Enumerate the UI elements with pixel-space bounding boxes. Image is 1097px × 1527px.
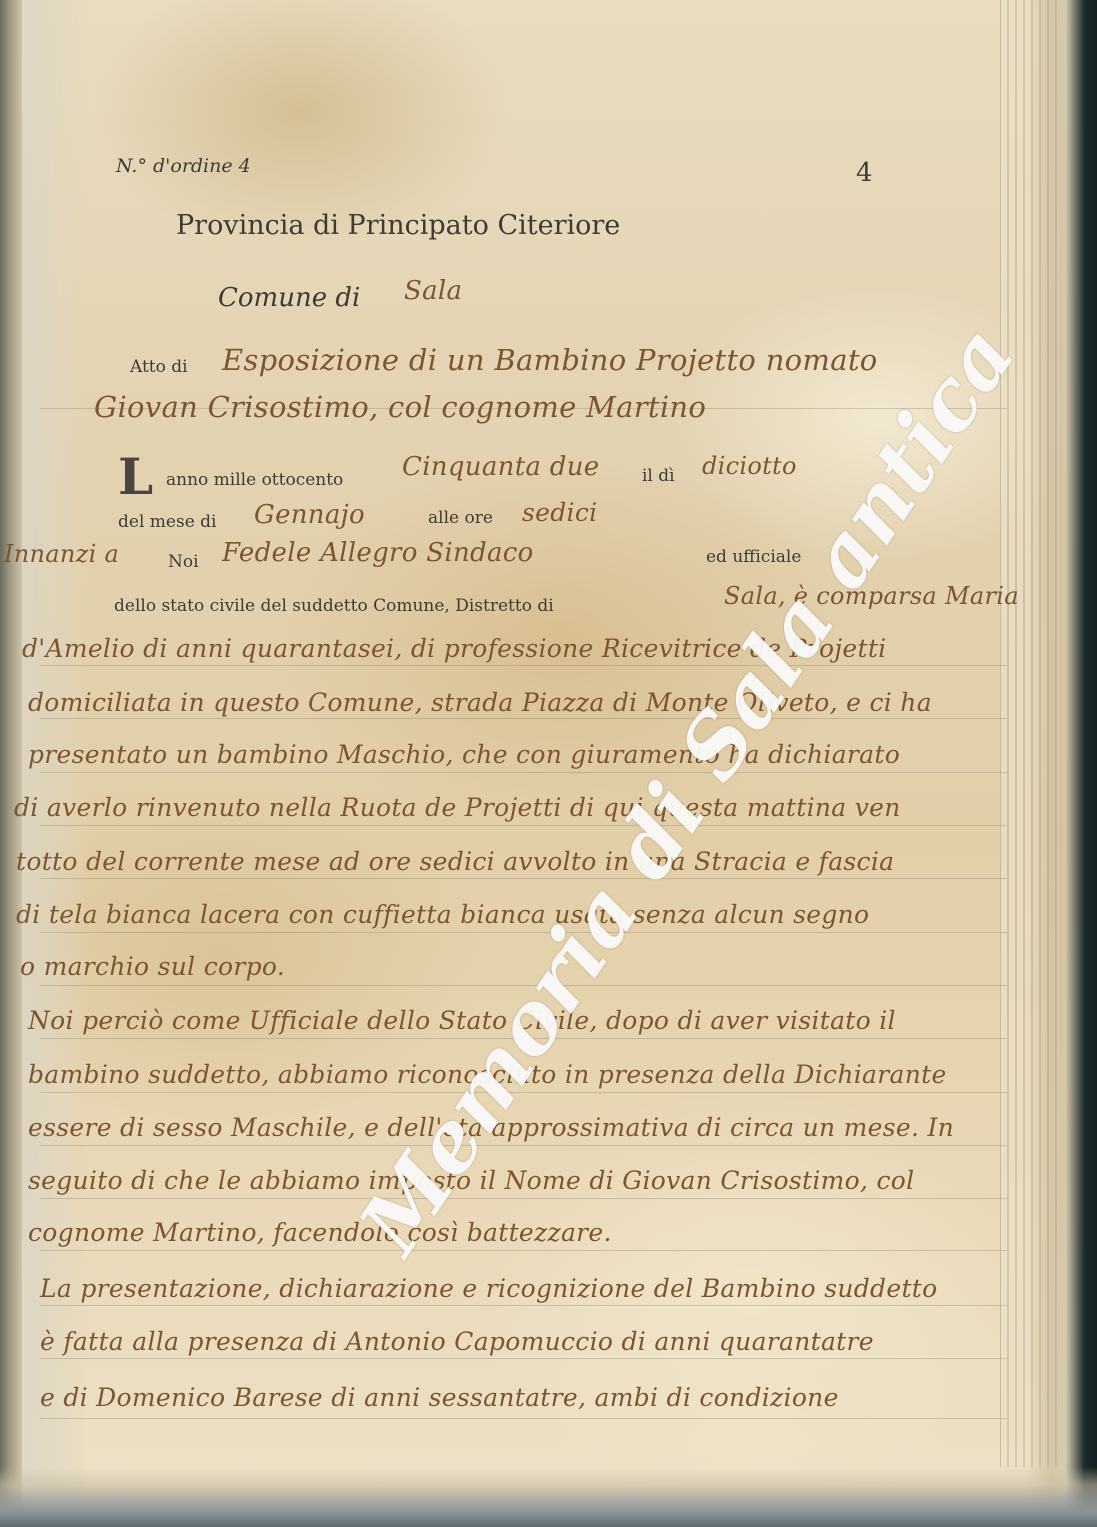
officer-title: ed ufficiale <box>706 547 801 567</box>
act-title-line2: Giovan Crisostimo, col cognome Martino <box>94 390 706 424</box>
act-title-line1: Esposizione di un Bambino Projetto nomat… <box>222 343 878 377</box>
ruled-line <box>40 665 1007 666</box>
body-line: di tela bianca lacera con cuffietta bian… <box>16 900 869 929</box>
order-number: N.° d'ordine 4 <box>116 155 251 177</box>
ruled-line <box>40 825 1007 826</box>
ruled-line <box>40 985 1007 986</box>
comune-label: Comune di <box>218 283 360 313</box>
page-edge-right <box>1027 0 1097 1527</box>
body-line: essere di sesso Maschile, e dell'età app… <box>28 1113 954 1142</box>
page-edge-bottom <box>0 1467 1097 1527</box>
body-line: Noi perciò come Ufficiale dello Stato Ci… <box>28 1006 896 1035</box>
civil-state-label: dello stato civile del suddetto Comune, … <box>114 596 554 616</box>
body-line: di averlo rinvenuto nella Ruota de Proje… <box>14 793 901 822</box>
book-binding-left <box>0 0 22 1527</box>
year-value: Cinquanta due <box>402 452 599 482</box>
dropcap-l: L <box>118 452 153 502</box>
body-line: bambino suddetto, abbiamo riconosciuto i… <box>28 1060 947 1089</box>
noi-label: Noi <box>168 552 199 572</box>
hour-value: sedici <box>522 498 597 527</box>
day-label: il dì <box>642 466 675 486</box>
year-label: anno mille ottocento <box>166 470 343 490</box>
page-number: 4 <box>856 158 873 188</box>
act-title-prefix: Atto di <box>130 357 188 377</box>
province-heading: Provincia di Principato Citeriore <box>176 210 620 241</box>
month-label: del mese di <box>118 512 216 532</box>
margin-note: Innanzi a <box>4 540 119 568</box>
ruled-line <box>40 1198 1007 1199</box>
ruled-line <box>40 1092 1007 1093</box>
body-line: d'Amelio di anni quarantasei, di profess… <box>22 634 886 663</box>
ruled-line <box>40 1358 1007 1359</box>
ruled-line <box>40 932 1007 933</box>
district-value: Sala, è comparsa Maria <box>724 582 1019 610</box>
body-line: cognome Martino, facendolo così battezza… <box>28 1218 612 1247</box>
ruled-line <box>40 1038 1007 1039</box>
ruled-line <box>40 1145 1007 1146</box>
body-line: domiciliata in questo Comune, strada Pia… <box>28 688 932 717</box>
body-line: La presentazione, dichiarazione e ricogn… <box>40 1274 938 1303</box>
ruled-line <box>40 1250 1007 1251</box>
body-line: o marchio sul corpo. <box>20 952 285 981</box>
ruled-line <box>40 1418 1007 1419</box>
body-line: e di Domenico Barese di anni sessantatre… <box>40 1383 839 1412</box>
month-value: Gennajo <box>254 500 365 530</box>
comune-value: Sala <box>404 276 462 306</box>
officer-value: Fedele Allegro Sindaco <box>222 538 534 568</box>
ruled-line <box>40 1305 1007 1306</box>
day-value: diciotto <box>702 452 797 480</box>
body-line: seguito di che le abbiamo imposto il Nom… <box>28 1166 914 1195</box>
hour-label: alle ore <box>428 508 493 528</box>
ruled-line <box>40 718 1007 719</box>
body-line: totto del corrente mese ad ore sedici av… <box>16 847 894 876</box>
ruled-line <box>40 772 1007 773</box>
body-line: è fatta alla presenza di Antonio Capomuc… <box>40 1327 874 1356</box>
body-line: presentato un bambino Maschio, che con g… <box>28 740 900 769</box>
ruled-line <box>40 878 1007 879</box>
